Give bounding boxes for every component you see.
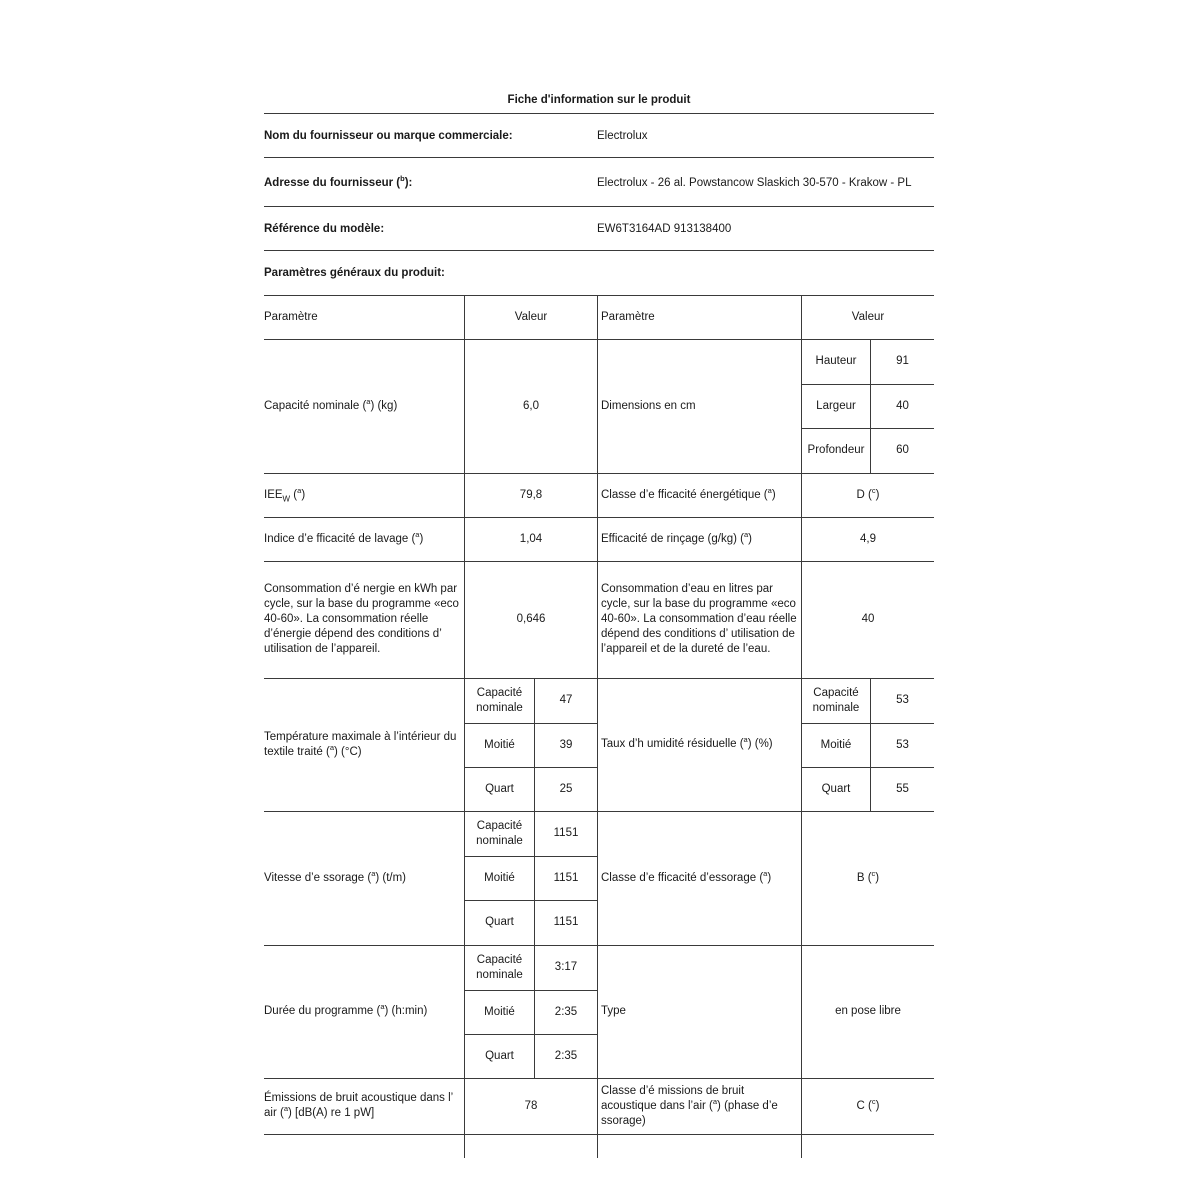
duration-quarter-value: 2:35 (535, 1034, 597, 1078)
supplier-address-value: Electrolux - 26 al. Powstancow Slaskich … (597, 176, 911, 191)
column-divider (597, 295, 598, 1158)
capacity-value: 6,0 (465, 339, 597, 473)
divider (264, 250, 934, 251)
height-label: Hauteur (802, 339, 870, 384)
rinsing-label: Efficacité de rinçage (g/kg) (a) (601, 517, 799, 561)
max-temperature-label: Température maximale à l’intérieur du te… (264, 678, 462, 811)
ieew-value: 79,8 (465, 473, 597, 517)
ieew-label: IEEW (a) (264, 473, 462, 517)
depth-value: 60 (871, 428, 934, 473)
duration-rated-value: 3:17 (535, 945, 597, 990)
temp-half-label: Moitié (465, 723, 534, 767)
washing-index-value: 1,04 (465, 517, 597, 561)
section-label: Paramètres généraux du produit: (264, 266, 445, 281)
energy-class-value: D (c) (802, 473, 934, 517)
divider (264, 206, 934, 207)
supplier-address-label: Adresse du fournisseur (b): (264, 176, 412, 191)
divider (264, 113, 934, 114)
model-reference-label: Référence du modèle: (264, 222, 384, 237)
spin-quarter-value: 1151 (535, 900, 597, 945)
moisture-half-value: 53 (871, 723, 934, 767)
spin-speed-label: Vitesse d’e ssorage (a) (t/m) (264, 811, 462, 945)
supplier-name-label: Nom du fournisseur ou marque commerciale… (264, 129, 513, 144)
depth-label: Profondeur (802, 428, 870, 473)
model-reference-value: EW6T3164AD 913138400 (597, 222, 731, 237)
spin-half-label: Moitié (465, 856, 534, 900)
row-divider (264, 1134, 934, 1135)
duration-half-label: Moitié (465, 990, 534, 1034)
moisture-quarter-label: Quart (802, 767, 870, 811)
capacity-label: Capacité nominale (a) (kg) (264, 339, 462, 473)
duration-quarter-label: Quart (465, 1034, 534, 1078)
header-value-1: Valeur (465, 295, 597, 339)
temp-half-value: 39 (535, 723, 597, 767)
supplier-name-value: Electrolux (597, 129, 648, 144)
moisture-half-label: Moitié (802, 723, 870, 767)
moisture-quarter-value: 55 (871, 767, 934, 811)
energy-class-label: Classe d’e fficacité énergétique (a) (601, 473, 799, 517)
energy-consumption-value: 0,646 (465, 561, 597, 678)
temp-quarter-label: Quart (465, 767, 534, 811)
spin-quarter-label: Quart (465, 900, 534, 945)
spin-rated-value: 1151 (535, 811, 597, 856)
duration-label: Durée du programme (a) (h:min) (264, 945, 462, 1078)
moisture-rated-label: Capacité nominale (802, 678, 870, 723)
document-title: Fiche d'information sur le produit (264, 93, 934, 108)
washing-index-label: Indice d’e fficacité de lavage (a) (264, 517, 462, 561)
noise-label: Émissions de bruit acoustique dans l’ ai… (264, 1078, 460, 1134)
water-consumption-value: 40 (802, 561, 934, 678)
type-label: Type (601, 945, 799, 1078)
header-parameter-1: Paramètre (264, 295, 462, 339)
duration-rated-label: Capacité nominale (465, 945, 534, 990)
residual-moisture-label: Taux d’h umidité résiduelle (a) (%) (601, 678, 799, 811)
spin-rated-label: Capacité nominale (465, 811, 534, 856)
width-label: Largeur (802, 384, 870, 428)
noise-class-label: Classe d’é missions de bruit acoustique … (601, 1078, 797, 1134)
noise-value: 78 (465, 1078, 597, 1134)
dimensions-label: Dimensions en cm (601, 339, 799, 473)
spin-half-value: 1151 (535, 856, 597, 900)
water-consumption-label: Consommation d’eau en litres par cycle, … (601, 561, 799, 678)
header-parameter-2: Paramètre (601, 295, 799, 339)
temp-rated-label: Capacité nominale (465, 678, 534, 723)
duration-half-value: 2:35 (535, 990, 597, 1034)
noise-class-value: C (c) (802, 1078, 934, 1134)
width-value: 40 (871, 384, 934, 428)
moisture-rated-value: 53 (871, 678, 934, 723)
temp-quarter-value: 25 (535, 767, 597, 811)
divider (264, 157, 934, 158)
type-value: en pose libre (802, 945, 934, 1078)
energy-consumption-label: Consommation d’é nergie en kWh par cycle… (264, 561, 460, 678)
rinsing-value: 4,9 (802, 517, 934, 561)
height-value: 91 (871, 339, 934, 384)
header-value-2: Valeur (802, 295, 934, 339)
spin-class-label: Classe d’e fficacité d’essorage (a) (601, 811, 799, 945)
spin-class-value: B (c) (802, 811, 934, 945)
temp-rated-value: 47 (535, 678, 597, 723)
